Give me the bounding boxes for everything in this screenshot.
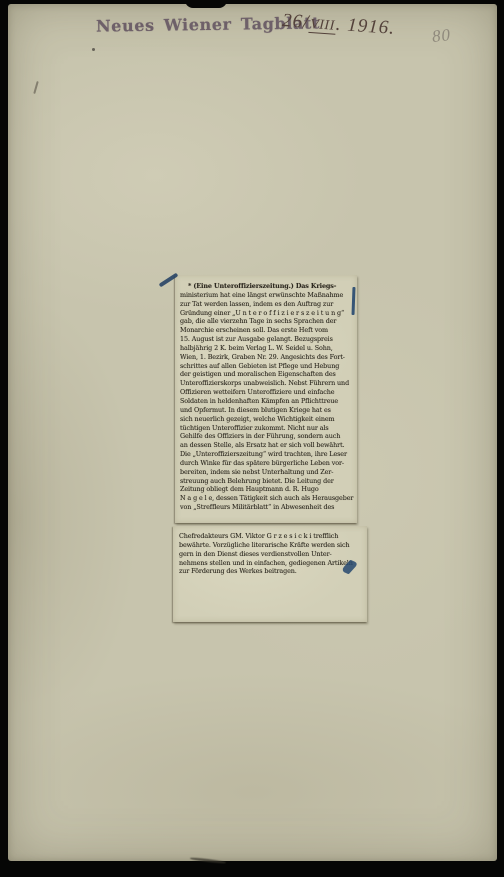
clipping-text-line: Offizieren wetteifern Unteroffiziere und… <box>180 388 353 397</box>
album-page: Neues Wiener Tagblatt 26/VIII. 1916. 80 … <box>8 4 497 861</box>
clipping-text-line: * (Eine Unteroffizierszeitung.) Das Krie… <box>180 282 353 291</box>
clipping-text-line: durch Winke für das spätere bürgerliche … <box>180 459 353 468</box>
handwritten-date: 26/VIII. 1916. <box>281 10 395 40</box>
clipping-text-line: bereiten, indem sie nebst Unterhaltung u… <box>180 468 353 477</box>
clipping-text-line: und Opfermut. In diesem blutigen Kriege … <box>180 406 353 415</box>
clipping-text-line: Soldaten in heldenhaften Kämpfen an Pfli… <box>180 397 353 406</box>
clipping-text-line: 15. August ist zur Ausgabe gelangt. Bezu… <box>180 335 353 344</box>
paper-fleck <box>92 48 95 51</box>
clipping-text-line: gern in den Dienst dieses verdienstvolle… <box>179 550 363 559</box>
clipping-text-line: Monarchie erscheinen soll. Das erste Hef… <box>180 326 353 335</box>
clipping-text-line: der geistigen und moralischen Eigenschaf… <box>180 370 353 379</box>
clipping-text-line: Zeitung obliegt dem Hauptmann d. R. Hugo <box>180 485 353 494</box>
newspaper-clipping: * (Eine Unteroffizierszeitung.) Das Krie… <box>175 275 357 622</box>
clipping-paragraph-2: Chefredakteurs GM. Viktor G r z e s i c … <box>173 526 367 622</box>
date-month-roman: VIII <box>309 17 337 35</box>
clipping-text-line: an dessen Stelle, als Ersatz hat er sich… <box>180 441 353 450</box>
bottom-smudge <box>190 857 226 864</box>
page-number: 80 <box>431 25 452 47</box>
clipping-text-line: zur Tat werden lassen, indem es den Auft… <box>180 300 353 309</box>
clipping-text-line: Wien, 1. Bezirk, Graben Nr. 29. Angesich… <box>180 353 353 362</box>
date-day-part: 26/ <box>281 10 310 33</box>
date-year-part: . 1916. <box>335 14 396 39</box>
clipping-paragraph-1: * (Eine Unteroffizierszeitung.) Das Krie… <box>175 275 357 523</box>
scan-edge-notch <box>185 0 227 8</box>
clipping-text-line: ministerium hat eine längst erwünschte M… <box>180 291 353 300</box>
clipping-text-line: gab, die alle vierzehn Tage in sechs Spr… <box>180 317 353 326</box>
clipping-text-line: Chefredakteurs GM. Viktor G r z e s i c … <box>179 532 363 541</box>
clipping-text-line: N a g e l e, dessen Tätigkeit sich auch … <box>180 494 353 503</box>
clipping-text-line: halbjährig 2 K. beim Verlag L. W. Seidel… <box>180 344 353 353</box>
clipping-text-line: Unteroffizierskorps unabweislich. Nebst … <box>180 379 353 388</box>
clipping-text-line: von „Streffleurs Militärblatt“ in Abwese… <box>180 503 353 512</box>
clipping-text-line: zur Förderung des Werkes beitragen. <box>179 567 363 576</box>
clipping-text-line: Die „Unteroffizierszeitung“ wird trachte… <box>180 450 353 459</box>
clipping-text-line: Gehilfe des Offiziers in der Führung, so… <box>180 432 353 441</box>
clipping-text-line: bewährte. Vorzügliche literarische Kräft… <box>179 541 363 550</box>
clipping-text-line: sich neuerlich gezeigt, welche Wichtigke… <box>180 415 353 424</box>
pencil-scratch <box>33 81 39 94</box>
